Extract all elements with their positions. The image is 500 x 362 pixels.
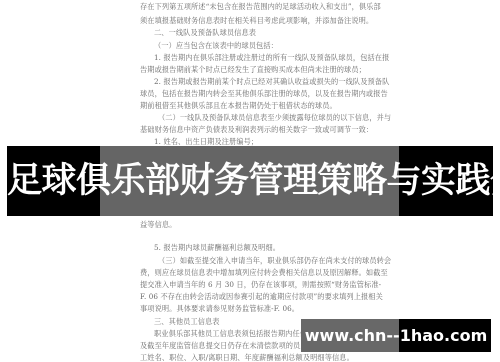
document-text-line: 二、一线队及预备队球员信息表: [154, 28, 256, 37]
site-watermark: www.chn--1hao.com: [301, 319, 491, 352]
document-text-line: 期前租借至其他俱乐部且在本报告期仍处于租借状态的球员。: [140, 101, 337, 110]
document-text-line: 1. 姓名、出生日期及注册编号；: [154, 137, 258, 146]
document-text-line: （一）应当包含在该表中的球员包括：: [154, 41, 278, 50]
document-text-line: 工姓名、职位、入职/离职日期、年度薪酬福利总额及明细等信息。: [140, 353, 354, 362]
document-text-line: 三、其他员工信息表: [154, 317, 220, 326]
document-text-line: 告期或报告期前某个时点已经发生了直接购买成本但尚未注册的球员；: [140, 65, 366, 74]
document-text-line: 基础财务信息中资产负债表及利润表列示的相关数字一致或可调节一致：: [140, 125, 373, 134]
document-text-line: （三）如截至提交准入申请当年，职业俱乐部仍存在尚未支付的球员转会: [158, 256, 391, 265]
document-text-line: 球员，包括在报告期内转会至其他俱乐部注册的球员，以及在报告期内或报告: [140, 89, 388, 98]
document-text-line: 5. 报告期内球员薪酬福利总额及明细。: [154, 243, 280, 252]
document-text-line: 须在填报基础财务信息表时在相关科目考虑此项影响，并添加备注说明。: [140, 16, 373, 25]
article-title: 足球俱乐部财务管理策略与实践分析探讨: [7, 160, 493, 202]
document-text-line: 2. 报告期或报告期前某个时点已经对其确认收益或损失的一线队及预备队: [154, 77, 389, 86]
document-text-line: 提交准入申请当年的 6 月 30 日，仍存在该事项，则需按照“财务监管标准-: [140, 280, 381, 289]
document-text-line: 1. 报告期内在俱乐部注册或注册过的所有一线队及预备队球员，包括在报: [154, 53, 389, 62]
document-text-line: 存在下列第五项所述“未包含在报告范围内的足球活动收入和支出”，俱乐部: [140, 2, 381, 11]
watermark-url: www.chn--1hao.com: [301, 319, 491, 352]
document-text-line: 益等信息。: [140, 220, 176, 229]
title-banner: 足球俱乐部财务管理策略与实践分析探讨: [7, 146, 493, 216]
document-text-line: （二）一线队及预备队球员信息表至少须披露每位球员的以下信息，并与: [158, 113, 391, 122]
document-text-line: 费，则应在球员信息表中增加填列应付转会费相关信息以及原因解释。如截至: [140, 268, 388, 277]
document-text-line: F. 06 不存在由转会活动或因参赛引起的逾期应付款项”的要求填列上报相关: [140, 292, 383, 301]
document-text-line: 事项说明。具体要求请参见财务监管标准-F. 06。: [140, 304, 299, 313]
